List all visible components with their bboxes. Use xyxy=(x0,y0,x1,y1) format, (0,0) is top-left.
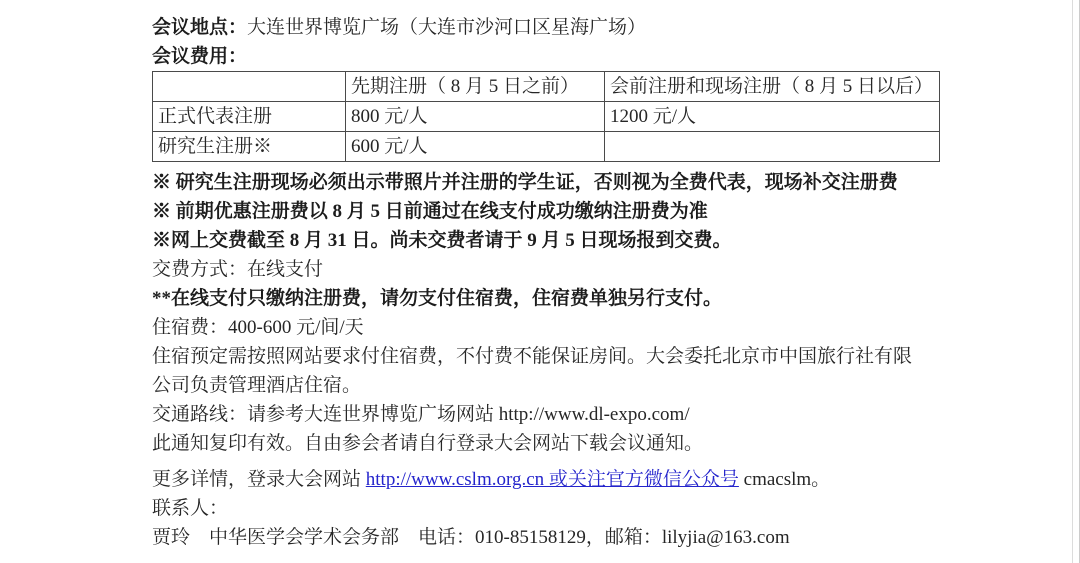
more-info-prefix: 更多详情，登录大会网站 xyxy=(152,469,366,490)
payment-method-line: 交费方式：在线支付 xyxy=(152,255,914,284)
lodging-note-paragraph: 住宿预定需按照网站要求付住宿费，不付费不能保证房间。大会委托北京市中国旅行社有限… xyxy=(152,342,914,400)
meeting-location-value: 大连世界博览广场（大连市沙河口区星海广场） xyxy=(247,17,646,38)
fee-row-student-label: 研究生注册※ xyxy=(153,132,346,162)
table-row: 研究生注册※ 600 元/人 xyxy=(153,132,940,162)
fee-table-header-empty xyxy=(153,72,346,102)
fee-table: 先期注册（ 8 月 5 日之前） 会前注册和现场注册（ 8 月 5 日以后） 正… xyxy=(152,71,940,162)
note-early-discount: ※ 前期优惠注册费以 8 月 5 日前通过在线支付成功缴纳注册费为准 xyxy=(152,197,914,226)
traffic-route-line: 交通路线：请参考大连世界博览广场网站 http://www.dl-expo.co… xyxy=(152,400,914,429)
table-row: 正式代表注册 800 元/人 1200 元/人 xyxy=(153,102,940,132)
contact-person-line: 贾玲 中华医学会学术会务部 电话：010-85158129，邮箱：lilyjia… xyxy=(152,523,914,552)
contact-heading: 联系人： xyxy=(152,494,914,523)
fee-table-header-late: 会前注册和现场注册（ 8 月 5 日以后） xyxy=(605,72,940,102)
paragraph-spacer xyxy=(152,458,914,465)
copy-validity-line: 此通知复印有效。自由参会者请自行登录大会网站下载会议通知。 xyxy=(152,429,914,458)
fee-table-header-early: 先期注册（ 8 月 5 日之前） xyxy=(346,72,605,102)
note-online-deadline: ※网上交费截至 8 月 31 日。尚未交费者请于 9 月 5 日现场报到交费。 xyxy=(152,226,914,255)
fee-row-formal-label: 正式代表注册 xyxy=(153,102,346,132)
meeting-location-line: 会议地点：大连世界博览广场（大连市沙河口区星海广场） xyxy=(152,13,914,42)
conference-notice-document: 会议地点：大连世界博览广场（大连市沙河口区星海广场） 会议费用： 先期注册（ 8… xyxy=(152,13,914,552)
page-right-edge-divider xyxy=(1072,0,1080,563)
note-student-id: ※ 研究生注册现场必须出示带照片并注册的学生证，否则视为全费代表，现场补交注册费 xyxy=(152,168,914,197)
meeting-fees-heading: 会议费用： xyxy=(152,42,914,71)
fee-row-formal-early: 800 元/人 xyxy=(346,102,605,132)
conference-website-link[interactable]: http://www.cslm.org.cn 或关注官方微信公众号 xyxy=(366,469,739,490)
fee-table-header-row: 先期注册（ 8 月 5 日之前） 会前注册和现场注册（ 8 月 5 日以后） xyxy=(153,72,940,102)
lodging-fee-line: 住宿费：400-600 元/间/天 xyxy=(152,313,914,342)
more-info-line: 更多详情，登录大会网站 http://www.cslm.org.cn 或关注官方… xyxy=(152,465,914,494)
fee-row-student-early: 600 元/人 xyxy=(346,132,605,162)
meeting-location-label: 会议地点： xyxy=(152,17,247,38)
more-info-suffix: cmacslm。 xyxy=(739,469,830,490)
fee-row-student-late xyxy=(605,132,940,162)
payment-warning-line: **在线支付只缴纳注册费，请勿支付住宿费，住宿费单独另行支付。 xyxy=(152,284,914,313)
fee-row-formal-late: 1200 元/人 xyxy=(605,102,940,132)
